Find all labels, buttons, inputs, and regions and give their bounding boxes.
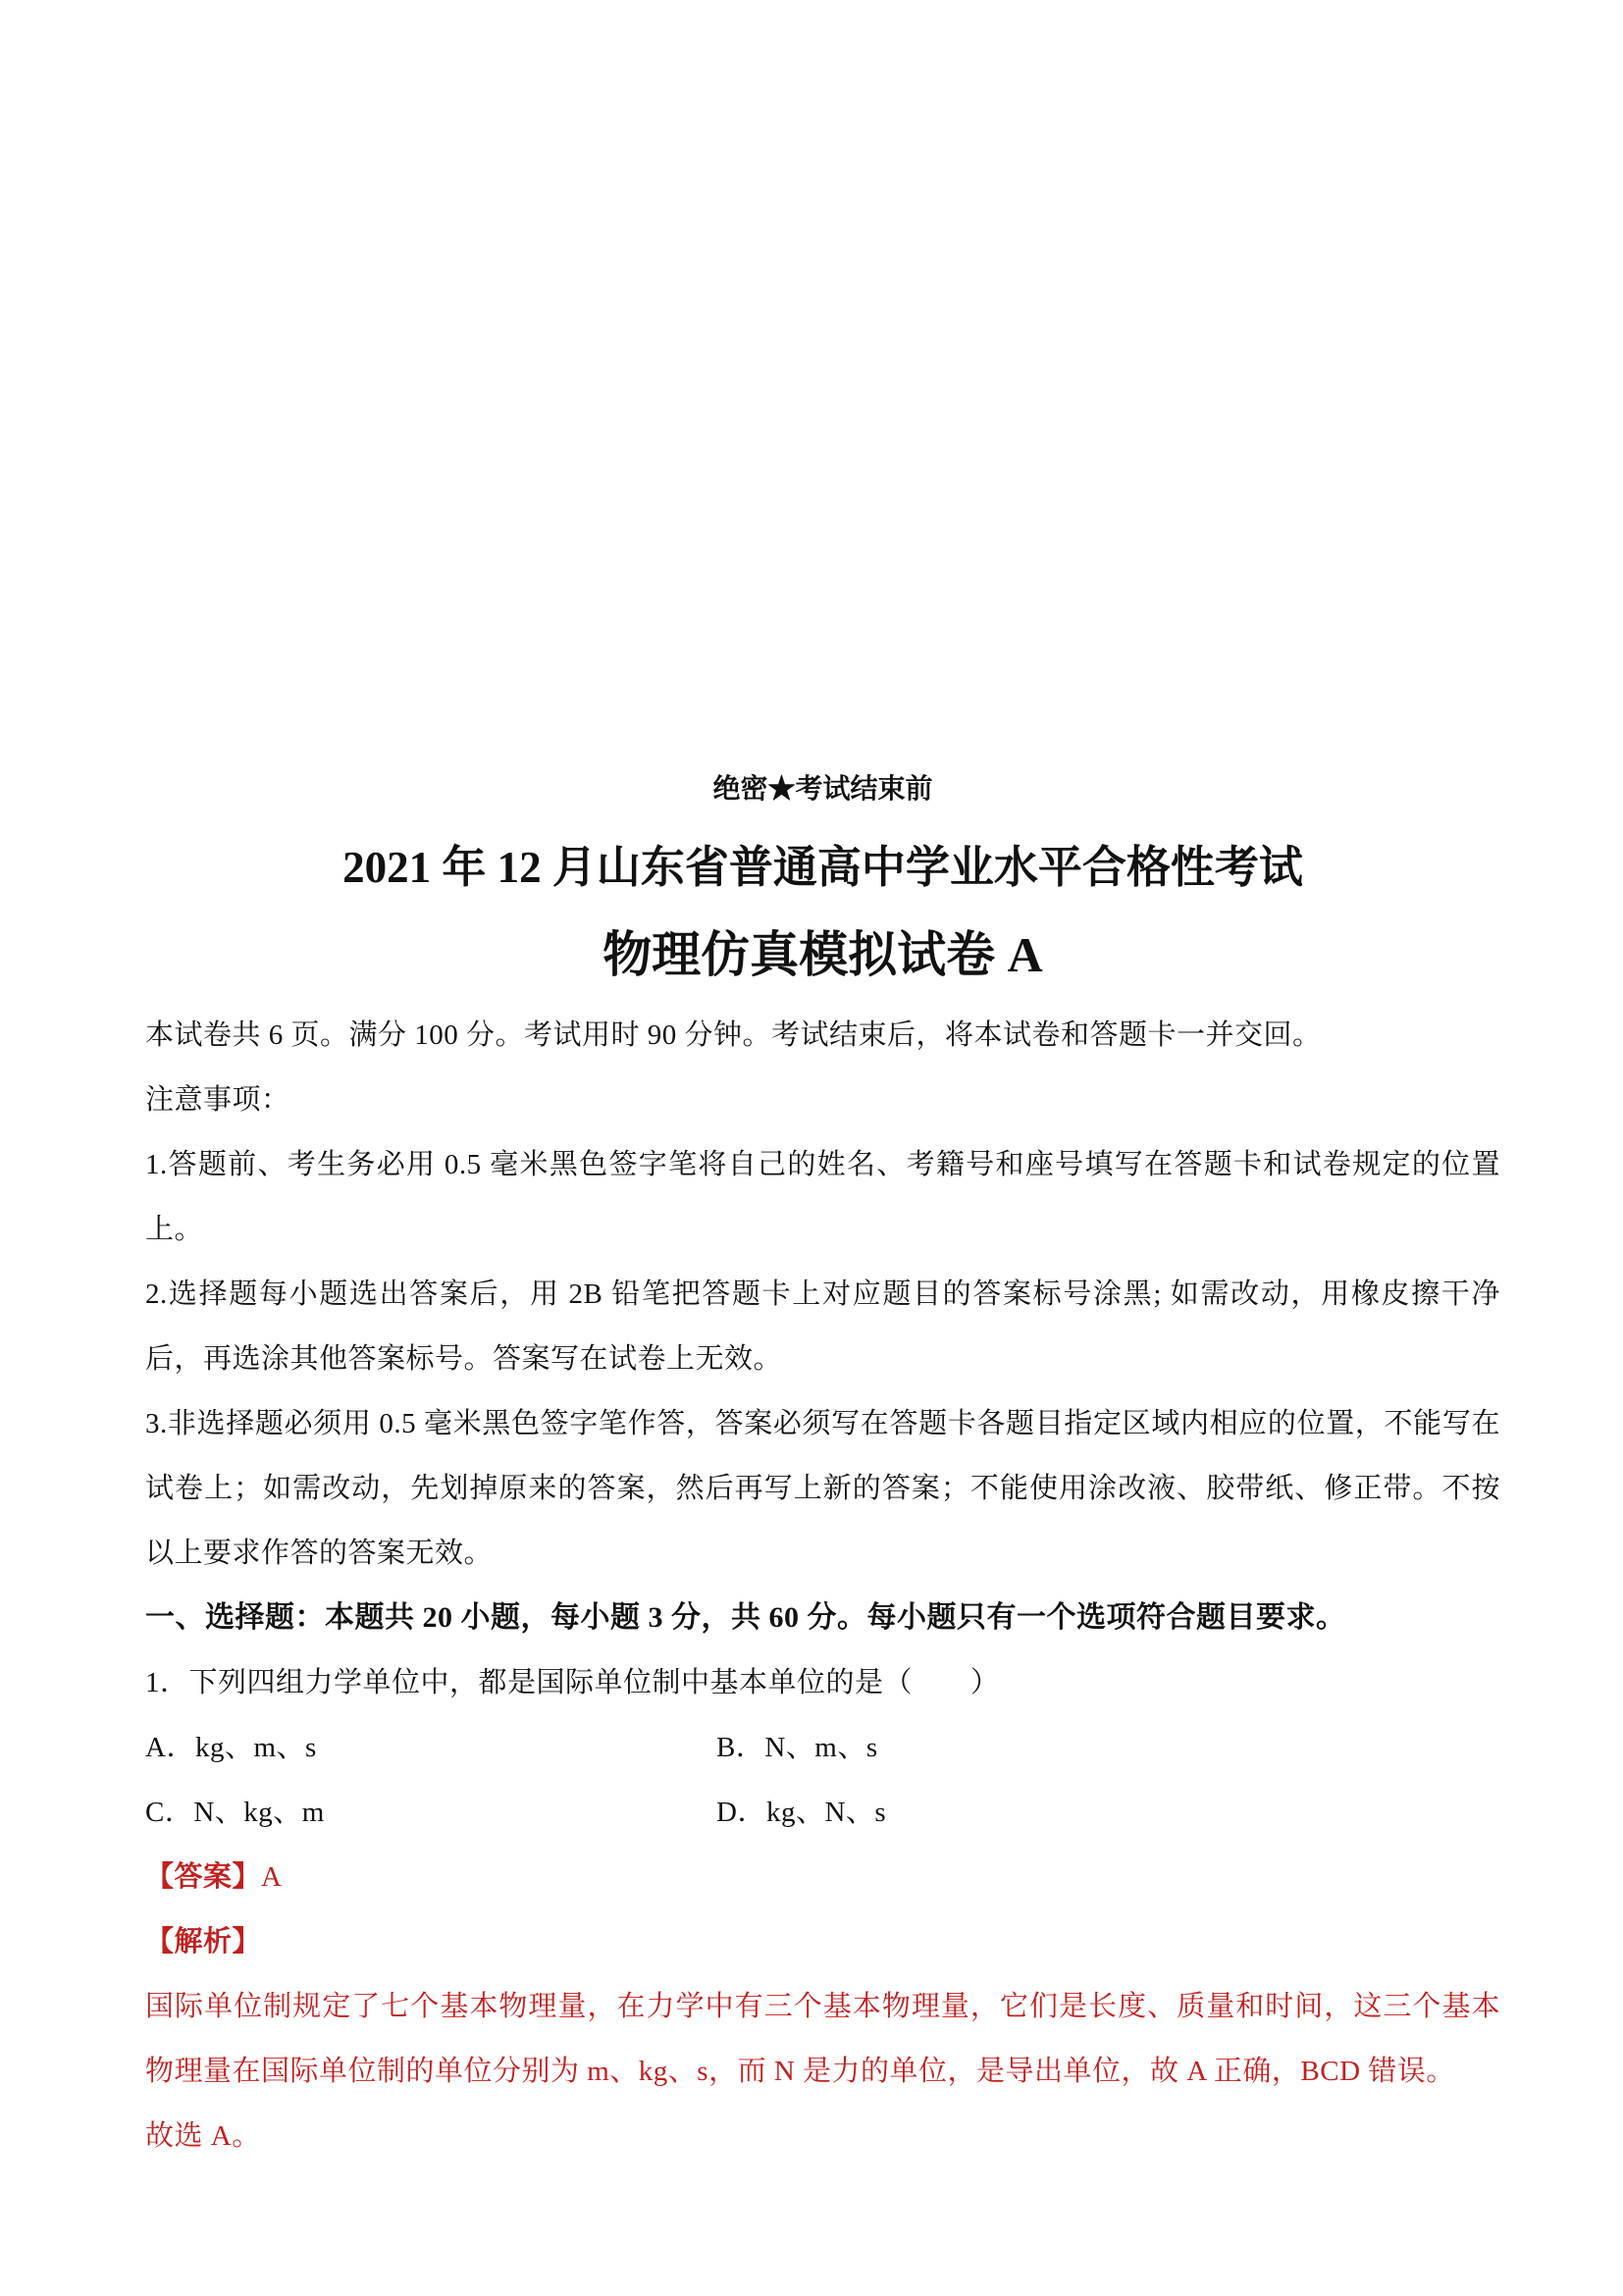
- question-1-option-b: B．N、m、s: [716, 1715, 1500, 1780]
- answer-value: A: [261, 1861, 282, 1893]
- note-3: 3.非选择题必须用 0.5 毫米黑色签字笔作答，答案必须写在答题卡各题目指定区域…: [145, 1391, 1500, 1586]
- question-1-options: A．kg、m、s B．N、m、s C．N、kg、m D．kg、N、s: [145, 1715, 1500, 1845]
- exam-summary: 本试卷共 6 页。满分 100 分。考试用时 90 分钟。考试结束后，将本试卷和…: [145, 1003, 1500, 1068]
- note-2: 2.选择题每小题选出答案后，用 2B 铅笔把答题卡上对应题目的答案标号涂黑; 如…: [145, 1262, 1500, 1391]
- question-1-option-d: D．kg、N、s: [716, 1780, 1500, 1845]
- analysis-conclusion: 故选 A。: [145, 2104, 1500, 2168]
- exam-paper-page: 绝密★考试结束前 2021 年 12 月山东省普通高中学业水平合格性考试 物理仿…: [0, 0, 1623, 2296]
- exam-body: 本试卷共 6 页。满分 100 分。考试用时 90 分钟。考试结束后，将本试卷和…: [145, 1003, 1500, 2168]
- exam-title: 2021 年 12 月山东省普通高中学业水平合格性考试: [145, 844, 1500, 891]
- answer-line: 【答案】A: [145, 1845, 1500, 1909]
- question-1-option-a: A．kg、m、s: [145, 1715, 716, 1780]
- notes-heading: 注意事项：: [145, 1068, 1500, 1132]
- question-1-stem: 1．下列四组力学单位中，都是国际单位制中基本单位的是（ ）: [145, 1650, 1500, 1715]
- exam-subtitle: 物理仿真模拟试卷 A: [145, 928, 1500, 981]
- analysis-label: 【解析】: [145, 1909, 1500, 1974]
- question-1-option-c: C．N、kg、m: [145, 1780, 716, 1845]
- section-1-heading: 一、选择题：本题共 20 小题，每小题 3 分，共 60 分。每小题只有一个选项…: [145, 1586, 1500, 1650]
- note-1: 1.答题前、考生务必用 0.5 毫米黑色签字笔将自己的姓名、考籍号和座号填写在答…: [145, 1132, 1500, 1262]
- analysis-text: 国际单位制规定了七个基本物理量，在力学中有三个基本物理量，它们是长度、质量和时间…: [145, 1974, 1500, 2104]
- answer-label: 【答案】: [145, 1861, 261, 1893]
- security-classification: 绝密★考试结束前: [145, 775, 1500, 805]
